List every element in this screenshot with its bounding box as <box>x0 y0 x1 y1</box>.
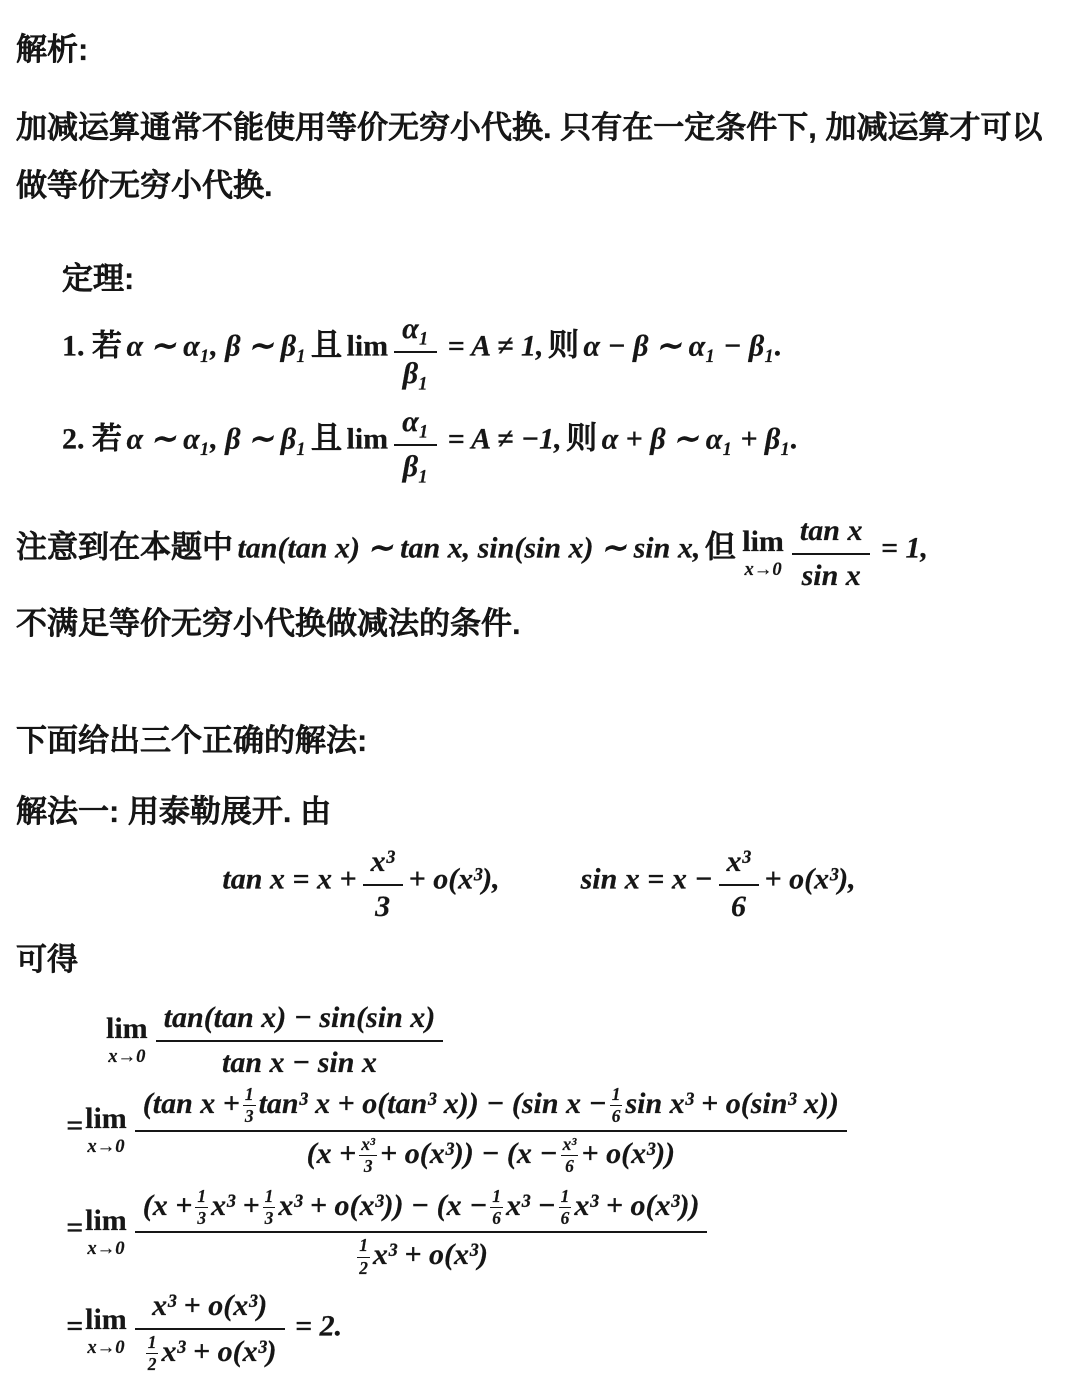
fraction-numerator: x³ <box>363 845 403 884</box>
small-fraction: 16 <box>490 1188 503 1228</box>
fraction-numerator: x³ <box>719 845 759 884</box>
small-fraction-denominator: 6 <box>561 1155 579 1175</box>
theorem-item-1: 1. 若 α ∼ α₁, β ∼ β₁ 且 limα₁β₁ = A ≠ 1, 则… <box>62 312 1062 391</box>
small-fraction: 16 <box>559 1188 572 1228</box>
fraction: α₁β₁ <box>394 312 437 391</box>
small-fraction-numerator: 1 <box>243 1086 256 1105</box>
fraction-denominator: 12x³ + o(x³) <box>135 1231 708 1277</box>
limit-operator: limx→0 <box>106 1014 148 1067</box>
small-fraction-denominator: 6 <box>610 1105 623 1125</box>
fraction-denominator: sin x <box>792 553 871 594</box>
limit-operator: limx→0 <box>85 1206 127 1259</box>
limit-subscript: x→0 <box>106 1046 148 1067</box>
equals-sign: = <box>66 1211 83 1244</box>
math-text: + o(x³)) <box>581 1137 675 1170</box>
fraction-numerator: tan x <box>792 514 871 553</box>
result-value: = 2. <box>295 1310 342 1343</box>
analysis-heading: 解析: <box>16 24 1062 69</box>
math-text: α − β ∼ α₁ − β₁. <box>583 330 782 363</box>
math-text: sin x³ + o(sin³ x)) <box>625 1087 838 1120</box>
derivation-line-4: =limx→0x³ + o(x³)12x³ + o(x³) = 2. <box>66 1289 1062 1373</box>
small-fraction: 13 <box>243 1086 256 1126</box>
fraction: tan xsin x <box>792 514 871 593</box>
limit-word: lim <box>106 1014 148 1044</box>
limit-operator: limx→0 <box>85 1305 127 1358</box>
then-word: 则 <box>566 421 597 456</box>
small-fraction: 16 <box>610 1086 623 1126</box>
small-fraction-denominator: 3 <box>359 1155 377 1175</box>
small-fraction-numerator: x³ <box>561 1136 579 1155</box>
math-text: = A ≠ −1, <box>448 423 562 456</box>
fraction: x³6 <box>719 845 759 924</box>
small-fraction-denominator: 2 <box>357 1257 370 1277</box>
fraction-denominator: 6 <box>719 884 759 925</box>
theorem-heading: 定理: <box>62 253 1062 298</box>
small-fraction-numerator: 1 <box>559 1188 572 1207</box>
theorem-item-2: 2. 若 α ∼ α₁, β ∼ β₁ 且 limα₁β₁ = A ≠ −1, … <box>62 405 1062 484</box>
fraction-numerator: α₁ <box>394 405 437 444</box>
small-fraction-numerator: 1 <box>357 1237 370 1256</box>
fraction-denominator: 3 <box>363 884 403 925</box>
fraction-numerator: (x +13x³ +13x³ + o(x³)) − (x −16x³ −16x³… <box>135 1188 708 1232</box>
fraction: tan(tan x) − sin(sin x)tan x − sin x <box>156 1001 444 1080</box>
small-fraction-numerator: 1 <box>490 1188 503 1207</box>
conjunction: 且 <box>311 328 342 363</box>
note-line-2: 不满足等价无穷小代换做减法的条件. <box>16 599 1062 649</box>
taylor-expansion-line: tan x = x +x³3+ o(x³), sin x = x −x³6+ o… <box>16 845 1062 924</box>
small-fraction-denominator: 6 <box>559 1207 572 1227</box>
math-text: (x + <box>143 1188 193 1221</box>
derivation-line-1: limx→0tan(tan x) − sin(sin x)tan x − sin… <box>104 1001 1062 1080</box>
limit-word: lim <box>346 423 388 456</box>
methods-intro: 下面给出三个正确的解法: <box>16 715 1062 760</box>
math-text: tan x = x + <box>222 863 356 896</box>
small-fraction: 12 <box>357 1237 370 1277</box>
item-number: 2. 若 <box>62 423 122 456</box>
kede-lead: 可得 <box>16 934 1062 979</box>
fraction-denominator: tan x − sin x <box>156 1040 444 1081</box>
math-text: α ∼ α₁, β ∼ β₁ <box>126 423 306 456</box>
fraction-numerator: α₁ <box>394 312 437 351</box>
math-text: x³ − <box>506 1188 556 1221</box>
fraction: (tan x +13tan³ x + o(tan³ x)) − (sin x −… <box>135 1086 847 1176</box>
limit-word: lim <box>85 1104 127 1134</box>
math-text: (tan x + <box>143 1087 240 1120</box>
limit-subscript: x→0 <box>742 559 784 580</box>
small-fraction: x³6 <box>561 1136 579 1176</box>
small-fraction-denominator: 3 <box>263 1207 276 1227</box>
math-text: tan³ x + o(tan³ x)) − (sin x − <box>259 1087 607 1120</box>
math-text: x³ + o(x³)) − (x − <box>278 1188 487 1221</box>
fraction: α₁β₁ <box>394 405 437 484</box>
limit-subscript: x→0 <box>85 1337 127 1358</box>
then-word: 则 <box>548 328 579 363</box>
fraction-numerator: tan(tan x) − sin(sin x) <box>156 1001 444 1040</box>
limit-word: lim <box>85 1206 127 1236</box>
small-fraction: 13 <box>195 1188 208 1228</box>
small-fraction-denominator: 3 <box>243 1105 256 1125</box>
derivation-line-2: =limx→0(tan x +13tan³ x + o(tan³ x)) − (… <box>66 1086 1062 1176</box>
math-text: x³ + o(x³) <box>373 1238 488 1271</box>
math-text: α + β ∼ α₁ + β₁. <box>602 423 799 456</box>
small-fraction-numerator: 1 <box>263 1188 276 1207</box>
fraction: (x +13x³ +13x³ + o(x³)) − (x −16x³ −16x³… <box>135 1188 708 1278</box>
fraction-denominator: 12x³ + o(x³) <box>135 1328 285 1374</box>
fraction-numerator: (tan x +13tan³ x + o(tan³ x)) − (sin x −… <box>135 1086 847 1130</box>
small-fraction: x³3 <box>359 1136 377 1176</box>
limit-subscript: x→0 <box>85 1136 127 1157</box>
fraction-denominator: β₁ <box>394 444 437 485</box>
but-word: 但 <box>705 530 736 565</box>
equals-sign: = <box>66 1109 83 1142</box>
equals-sign: = <box>66 1310 83 1343</box>
math-text: (x + <box>307 1137 357 1170</box>
limit-operator: limx→0 <box>742 527 784 580</box>
intro-line-2: 做等价无穷小代换. <box>16 161 1062 211</box>
item-number: 1. 若 <box>62 330 122 363</box>
small-fraction-numerator: 1 <box>610 1086 623 1105</box>
small-fraction-numerator: 1 <box>195 1188 208 1207</box>
limit-word: lim <box>346 330 388 363</box>
small-fraction-denominator: 3 <box>195 1207 208 1227</box>
fraction: x³ + o(x³)12x³ + o(x³) <box>135 1289 285 1373</box>
note-paragraph: 注意到在本题中 tan(tan x) ∼ tan x, sin(sin x) ∼… <box>16 514 1062 593</box>
limit-word: lim <box>742 527 784 557</box>
math-text: tan(tan x) ∼ tan x, sin(sin x) ∼ sin x, <box>237 532 700 565</box>
math-text: + o(x³), <box>409 863 500 896</box>
limit-word: lim <box>85 1305 127 1335</box>
math-text: sin x = x − <box>581 863 713 896</box>
limit-operator: limx→0 <box>85 1104 127 1157</box>
math-text: + o(x³), <box>765 863 856 896</box>
method1-heading: 解法一: 用泰勒展开. 由 <box>16 786 1062 831</box>
small-fraction-denominator: 2 <box>146 1353 159 1373</box>
fraction: x³3 <box>363 845 403 924</box>
derivation-line-3: =limx→0(x +13x³ +13x³ + o(x³)) − (x −16x… <box>66 1188 1062 1278</box>
math-text: = A ≠ 1, <box>448 330 544 363</box>
fraction-numerator: x³ + o(x³) <box>135 1289 285 1328</box>
math-text: x³ + <box>211 1188 260 1221</box>
math-text: = 1, <box>881 532 928 565</box>
small-fraction: 12 <box>146 1334 159 1374</box>
document-page: 解析: 加减运算通常不能使用等价无穷小代换. 只有在一定条件下, 加减运算才可以… <box>0 0 1080 1374</box>
conjunction: 且 <box>311 421 342 456</box>
small-fraction-numerator: x³ <box>359 1136 377 1155</box>
intro-line-1: 加减运算通常不能使用等价无穷小代换. 只有在一定条件下, 加减运算才可以 <box>16 103 1062 153</box>
math-text: α ∼ α₁, β ∼ β₁ <box>126 330 306 363</box>
math-text: x³ + o(x³) <box>161 1335 276 1368</box>
fraction-denominator: β₁ <box>394 351 437 392</box>
small-fraction: 13 <box>263 1188 276 1228</box>
fraction-denominator: (x +x³3+ o(x³)) − (x −x³6+ o(x³)) <box>135 1130 847 1176</box>
small-fraction-denominator: 6 <box>490 1207 503 1227</box>
note-lead: 注意到在本题中 <box>16 530 233 565</box>
limit-subscript: x→0 <box>85 1238 127 1259</box>
math-text: + o(x³)) − (x − <box>380 1137 557 1170</box>
math-text: x³ + o(x³)) <box>574 1188 699 1221</box>
small-fraction-numerator: 1 <box>146 1334 159 1353</box>
